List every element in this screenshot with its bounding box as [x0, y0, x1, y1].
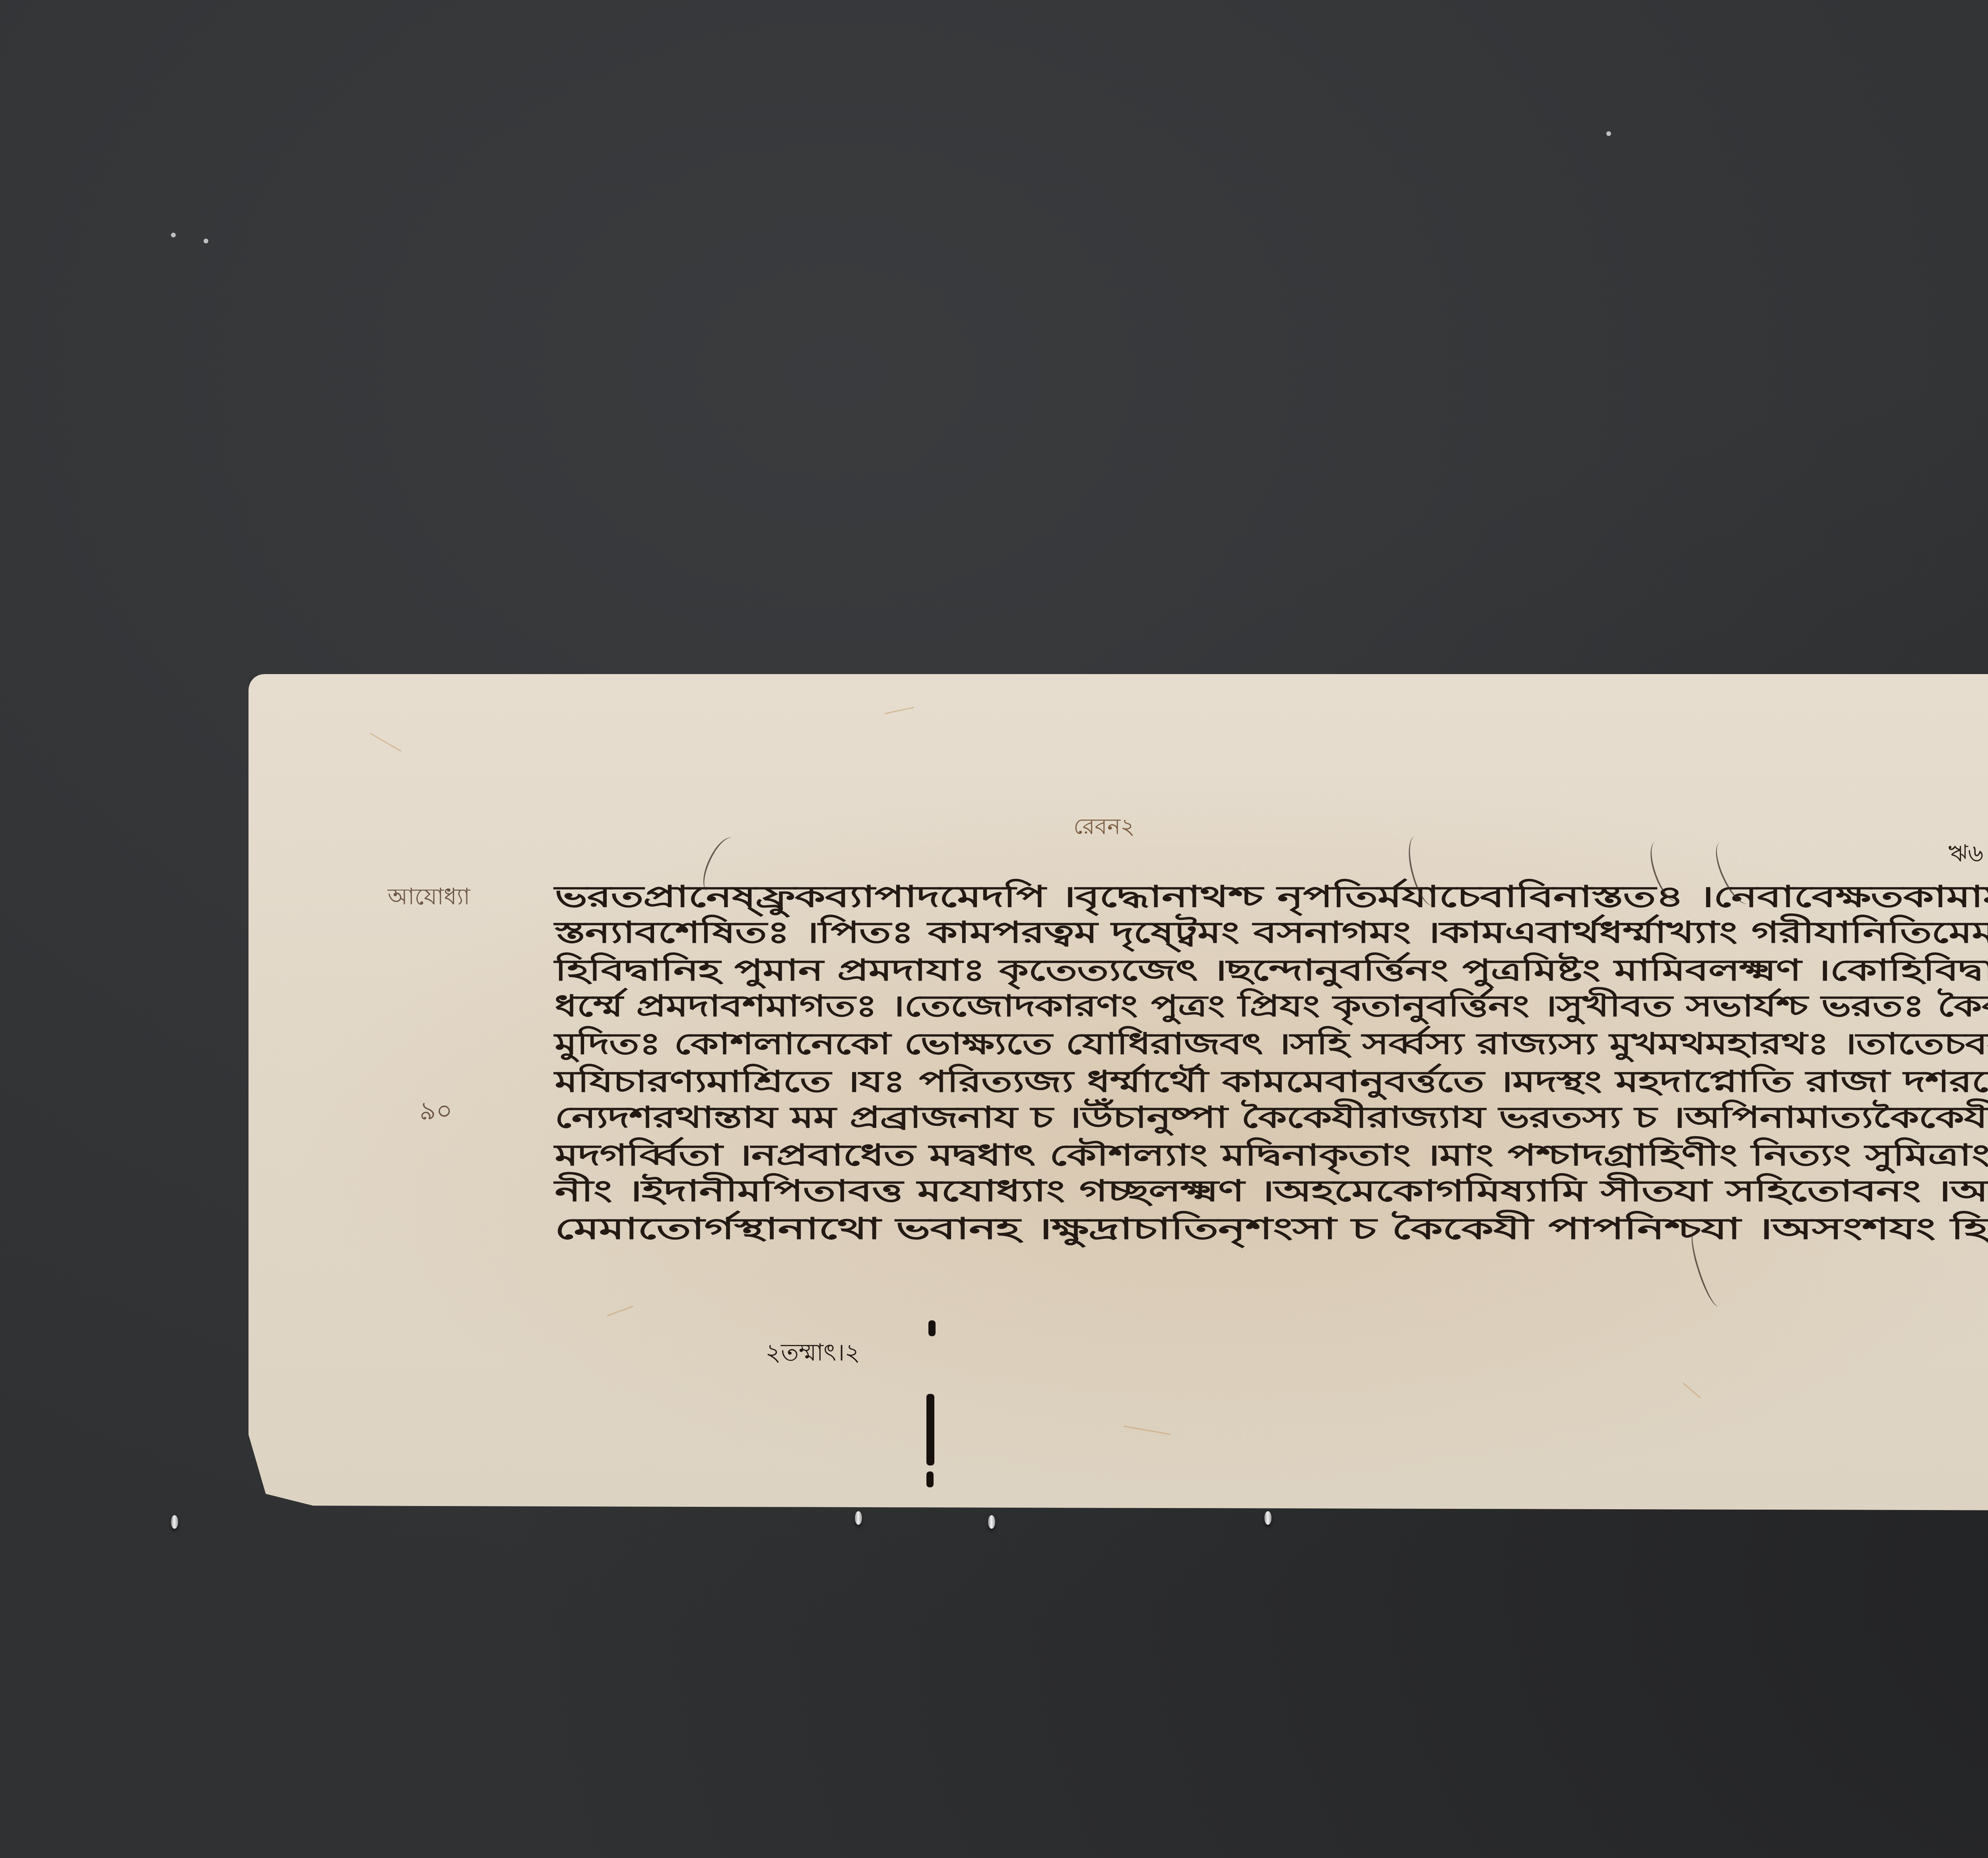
text-line-3: হিবিদ্বানিহ পুমান প্রমদাযাঃ কৃতেত্যজেৎ ।…: [555, 952, 1988, 988]
text-line-6: মযিচারণ্যমাশ্রিতে ।যঃ পরিত্যজ্য ধর্ম্মার…: [555, 1064, 1988, 1100]
left-margin-title: আযোধ্যা: [388, 879, 470, 917]
text-line-4: ধর্ম্মে প্রমদাবশমাগতঃ ।তেজোদকারণং পুত্রং…: [555, 988, 1988, 1024]
left-margin-folio-number: ৯০: [419, 1092, 452, 1134]
text-line-5: মুদিতঃ কোশলানেকো ভোক্ষ্যতে যোধিরাজবৎ ।সহ…: [555, 1026, 1988, 1062]
mounting-pin: [855, 1511, 862, 1525]
vertical-mark-bar: [926, 1394, 934, 1465]
text-line-2: স্তন্যাবশেষিতঃ ।পিতঃ কামপরত্বম দৃষ্ট্বেম…: [555, 915, 1988, 950]
text-line-7: ন্যেদশরথান্তায মম প্রব্রাজনায চ ।উঁচানুষ…: [555, 1100, 1988, 1135]
text-line-8: মদগর্ব্বিতা ।নপ্রবাধেত মদ্বধাৎ কৌশল্যাং …: [555, 1137, 1988, 1173]
dust-speck: [1606, 131, 1611, 136]
text-line-1: ভরতপ্রানেষ্ফ্রুকব্যাপাদমেদপি ।বৃদ্ধোনাথশ…: [555, 879, 1988, 915]
top-right-folio-number: ঋ৬: [1948, 835, 1984, 875]
dust-speck: [171, 233, 176, 237]
mounting-pin: [171, 1515, 178, 1529]
text-line-9: নীং ।ইদানীমপিতাবত্ত মযোধ্যাং গচ্ছলক্ষ্মণ…: [555, 1173, 1988, 1209]
mounting-pin: [988, 1515, 995, 1529]
bottom-note: ২তম্মাৎ।২: [765, 1334, 860, 1374]
vertical-mark-dot-bottom: [926, 1471, 934, 1487]
dust-speck: [204, 239, 208, 243]
mounting-pin: [1264, 1511, 1272, 1525]
vertical-mark-dot-top: [928, 1320, 936, 1336]
text-line-10: মেমাতোর্গস্থানাথো ভবানহ ।ক্ষুদ্রাচাতিনৃশ…: [555, 1211, 1988, 1247]
top-margin-note: রেবন২: [1074, 809, 1135, 847]
